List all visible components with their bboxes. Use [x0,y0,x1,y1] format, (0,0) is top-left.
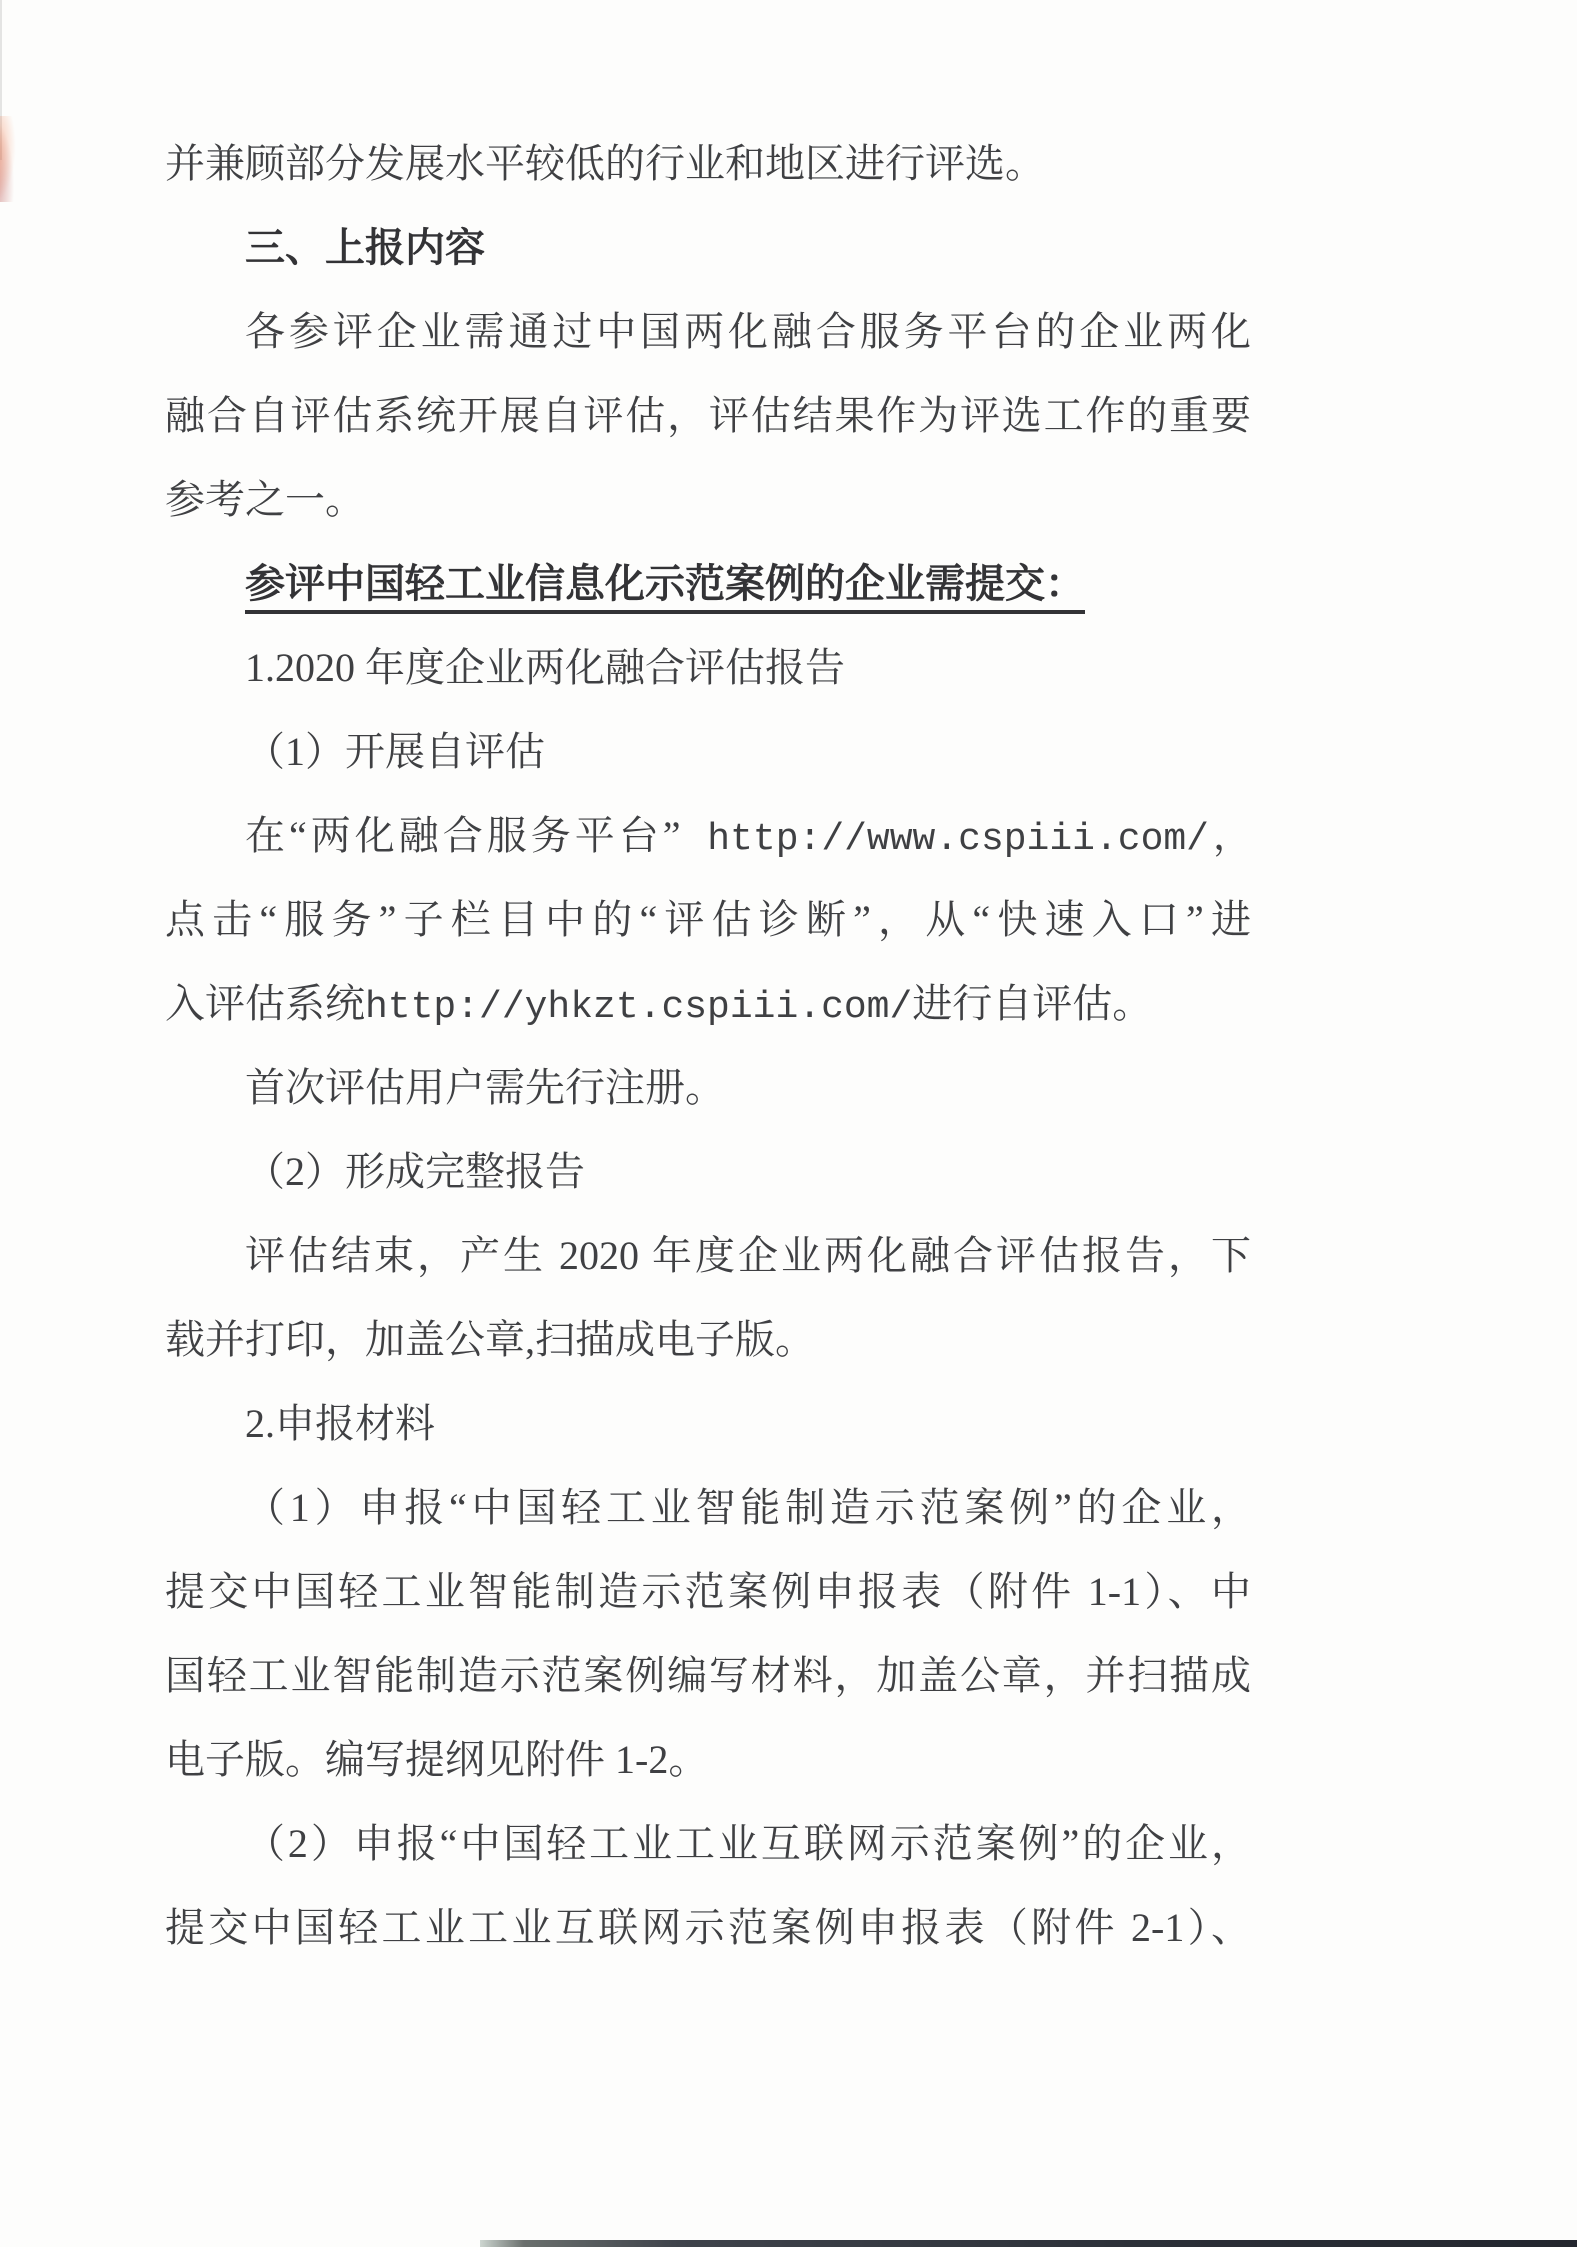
doc-line: 国轻工业智能制造示范案例编写材料，加盖公章，并扫描成 [165,1634,1251,1718]
doc-line: （2）申报“中国轻工业工业互联网示范案例”的企业， [165,1802,1251,1886]
doc-line-text: 在“两化融合服务平台” [245,813,681,858]
doc-line: 融合自评估系统开展自评估，评估结果作为评选工作的重要 [165,374,1251,458]
submission-heading: 参评中国轻工业信息化示范案例的企业需提交： [165,542,1251,626]
scanned-document-page: { "document": { "lines": [ { "text": "并兼… [0,0,1577,2247]
section-heading: 三、上报内容 [165,206,1251,290]
doc-line: 载并打印，加盖公章,扫描成电子版。 [165,1298,1251,1382]
doc-line: 并兼顾部分发展水平较低的行业和地区进行评选。 [165,122,1251,206]
document-body: 并兼顾部分发展水平较低的行业和地区进行评选。 三、上报内容 各参评企业需通过中国… [165,122,1251,1970]
doc-line: （1）申报“中国轻工业智能制造示范案例”的企业， [165,1466,1251,1550]
red-stamp-smudge-artifact [0,116,16,202]
doc-line: 各参评企业需通过中国两化融合服务平台的企业两化 [165,290,1251,374]
doc-line: 1.2020 年度企业两化融合评估报告 [165,626,1251,710]
doc-line: 提交中国轻工业智能制造示范案例申报表（附件 1-1）、中 [165,1550,1251,1634]
submission-heading-text: 参评中国轻工业信息化示范案例的企业需提交： [245,562,1085,606]
doc-line: （1）开展自评估 [165,710,1251,794]
doc-line: 首次评估用户需先行注册。 [165,1046,1251,1130]
scanner-strip-artifact [480,2240,1577,2247]
doc-line: 点击“服务”子栏目中的“评估诊断”，从“快速入口”进 [165,878,1251,962]
doc-line: 电子版。编写提纲见附件 1-2。 [165,1718,1251,1802]
doc-line: 在“两化融合服务平台” http://www.cspiii.com/， [165,794,1251,878]
platform-url: http://www.cspiii.com/， [681,818,1251,861]
doc-line: 提交中国轻工业工业互联网示范案例申报表（附件 2-1）、 [165,1886,1251,1970]
assessment-system-url: http://yhkzt.cspiii.com/ [365,986,912,1029]
doc-line-text: 入评估系统 [165,981,365,1026]
doc-line: （2）形成完整报告 [165,1130,1251,1214]
doc-line: 2.申报材料 [165,1382,1251,1466]
doc-line-text: 进行自评估。 [912,981,1152,1026]
doc-line: 评估结束，产生 2020 年度企业两化融合评估报告，下 [165,1214,1251,1298]
doc-line: 入评估系统http://yhkzt.cspiii.com/进行自评估。 [165,962,1251,1046]
doc-line: 参考之一。 [165,458,1251,542]
